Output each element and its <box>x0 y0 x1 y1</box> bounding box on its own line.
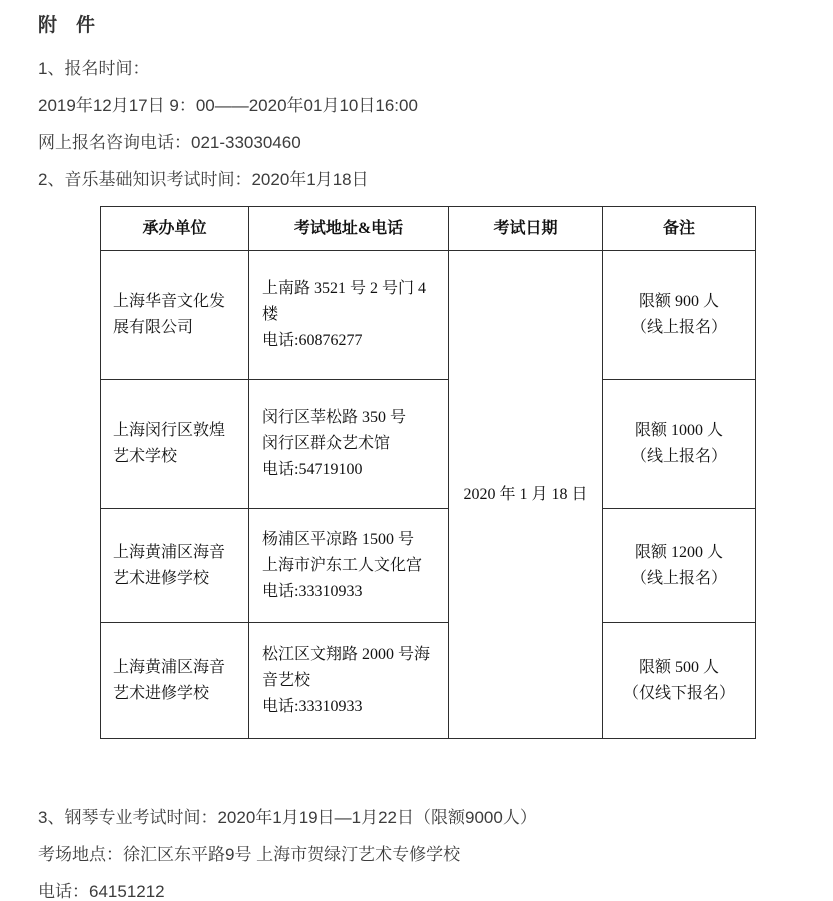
organizer-cell: 上海黄浦区海音 艺术进修学校 <box>101 623 249 739</box>
page-title: 附 件 <box>38 14 803 38</box>
address-cell: 杨浦区平凉路 1500 号 上海市沪东工人文化宫 电话:33310933 <box>249 509 449 623</box>
remarks-cell: 限额 1200 人 （线上报名） <box>603 509 756 623</box>
table-row: 上海黄浦区海音 艺术进修学校 松江区文翔路 2000 号海 音艺校 电话:333… <box>101 623 756 739</box>
address-cell: 闵行区莘松路 350 号 闵行区群众艺术馆 电话:54719100 <box>249 380 449 509</box>
table-row: 上海华音文化发 展有限公司 上南路 3521 号 2 号门 4 楼 电话:608… <box>101 251 756 380</box>
table-row: 上海黄浦区海音 艺术进修学校 杨浦区平凉路 1500 号 上海市沪东工人文化宫 … <box>101 509 756 623</box>
attachment-document: 附 件 1、报名时间： 2019年12月17日 9：00——2020年01月10… <box>0 0 833 901</box>
address-cell: 上南路 3521 号 2 号门 4 楼 电话:60876277 <box>249 251 449 380</box>
remarks-cell: 限额 900 人 （线上报名） <box>603 251 756 380</box>
organizer-cell: 上海黄浦区海音 艺术进修学校 <box>101 509 249 623</box>
table-row: 上海闵行区敦煌 艺术学校 闵行区莘松路 350 号 闵行区群众艺术馆 电话:54… <box>101 380 756 509</box>
registration-period: 2019年12月17日 9：00——2020年01月10日16:00 <box>38 95 803 117</box>
exam-date-cell: 2020 年 1 月 18 日 <box>449 251 603 739</box>
organizer-cell: 上海华音文化发 展有限公司 <box>101 251 249 380</box>
remarks-cell: 限额 1000 人 （线上报名） <box>603 380 756 509</box>
column-header-organizer: 承办单位 <box>101 207 249 251</box>
table-header-row: 承办单位 考试地址&电话 考试日期 备注 <box>101 207 756 251</box>
music-exam-time: 2、音乐基础知识考试时间：2020年1月18日 <box>38 169 803 191</box>
piano-exam-phone: 电话：64151212 <box>38 881 803 901</box>
remarks-cell: 限额 500 人 （仅线下报名） <box>603 623 756 739</box>
piano-exam-time: 3、钢琴专业考试时间：2020年1月19日—1月22日（限额9000人） <box>38 807 803 829</box>
column-header-address-phone: 考试地址&电话 <box>249 207 449 251</box>
exam-sites-table: 承办单位 考试地址&电话 考试日期 备注 上海华音文化发 展有限公司 上南路 3… <box>100 206 756 739</box>
organizer-cell: 上海闵行区敦煌 艺术学校 <box>101 380 249 509</box>
registration-time-label: 1、报名时间： <box>38 58 803 80</box>
column-header-exam-date: 考试日期 <box>449 207 603 251</box>
column-header-remarks: 备注 <box>603 207 756 251</box>
piano-exam-venue: 考场地点：徐汇区东平路9号 上海市贺绿汀艺术专修学校 <box>38 844 803 866</box>
registration-hotline: 网上报名咨询电话：021-33030460 <box>38 132 803 154</box>
address-cell: 松江区文翔路 2000 号海 音艺校 电话:33310933 <box>249 623 449 739</box>
